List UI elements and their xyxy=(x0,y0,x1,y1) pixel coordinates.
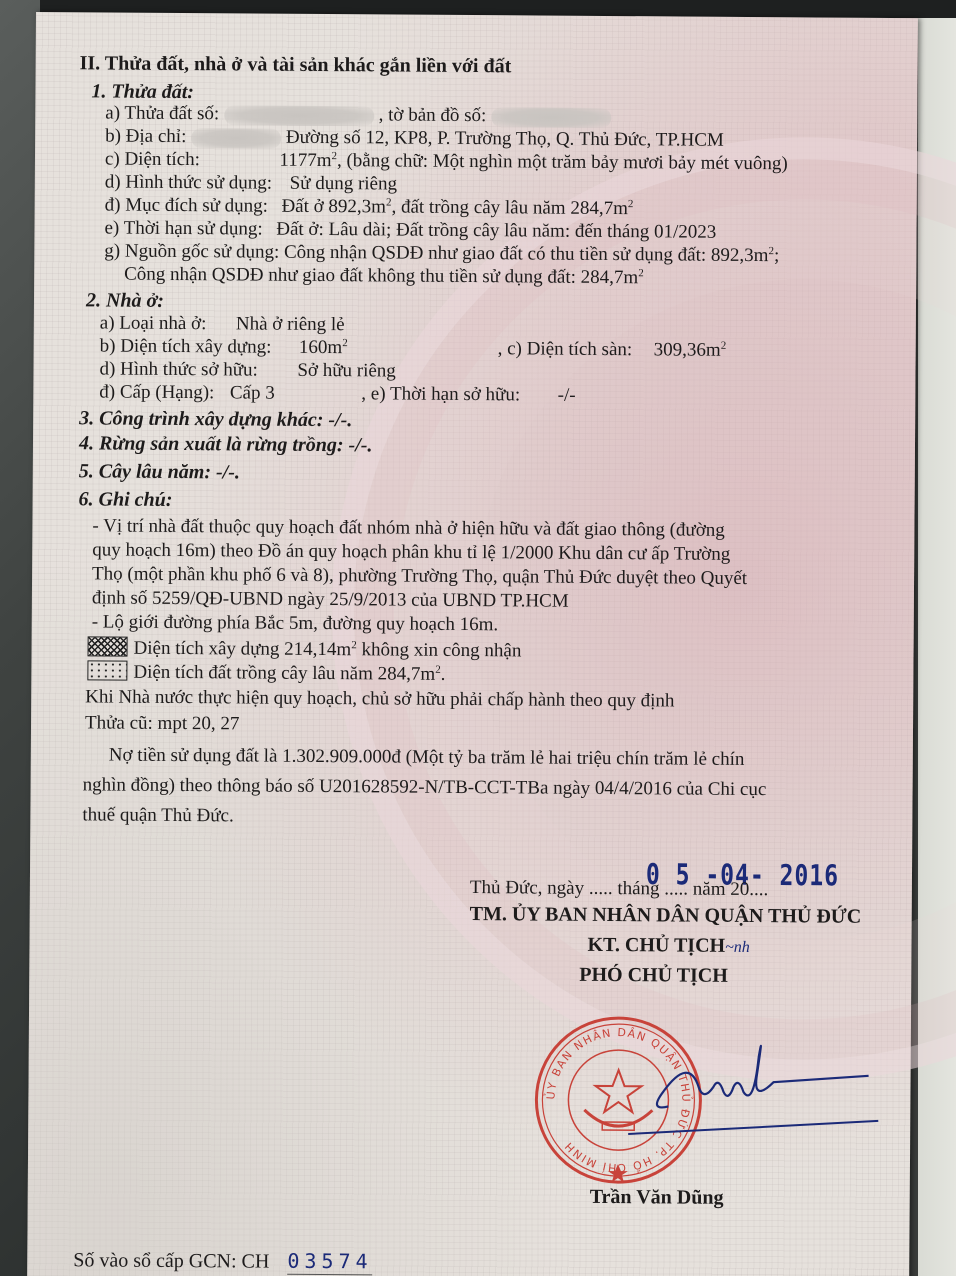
redacted-map-sheet xyxy=(491,107,611,128)
house-type-row: a) Loại nhà ở: Nhà ở riêng lẻ xyxy=(100,312,345,336)
note-line-4: định số 5259/QĐ-UBND ngày 25/9/2013 của … xyxy=(92,587,569,612)
handwritten-initials: ~nh xyxy=(725,939,750,956)
legend-unrecognized-construction: Diện tích xây dựng 214,14m2 không xin cô… xyxy=(87,636,521,662)
land-parcel-row: a) Thửa đất số: , tờ bản đồ số: xyxy=(105,102,611,128)
origin-label: g) Nguồn gốc sử dụng: xyxy=(104,240,279,262)
origin-value-line2: Công nhận QSDĐ như giao đất không thu ti… xyxy=(124,264,638,289)
area-label: c) Diện tích: xyxy=(105,148,200,170)
land-origin-row: g) Nguồn gốc sử dụng: Công nhận QSDĐ như… xyxy=(104,240,779,267)
note-line-1: - Vị trí nhà đất thuộc quy hoạch đất nhó… xyxy=(92,515,725,541)
old-parcel-note: Thửa cũ: mpt 20, 27 xyxy=(85,712,240,735)
other-works-heading: 3. Công trình xây dựng khác: -/-. xyxy=(79,407,352,431)
land-use-form-row: d) Hình thức sử dụng: Sử dụng riêng xyxy=(105,171,397,195)
land-origin-row-2: Công nhận QSDĐ như giao đất không thu ti… xyxy=(124,264,644,290)
debt-note-line-1: Nợ tiền sử dụng đất là 1.302.909.000đ (M… xyxy=(109,745,745,771)
grade-value: Cấp 3 xyxy=(230,382,275,403)
debt-note-line-2: nghìn đồng) theo thông báo số U201628592… xyxy=(83,774,767,801)
planning-compliance-note: Khi Nhà nước thực hiện quy hoạch, chủ sở… xyxy=(85,686,674,712)
certificate-registry-number: Số vào sổ cấp GCN: CH 03574 xyxy=(73,1248,372,1273)
term-value: Đất ở: Lâu dài; Đất trồng cây lâu năm: đ… xyxy=(276,219,716,243)
land-heading: 1. Thửa đất: xyxy=(91,80,194,103)
parcel-number-label: a) Thửa đất số: xyxy=(105,102,219,124)
address-value: Đường số 12, KP8, P. Trường Thọ, Q. Thủ … xyxy=(286,127,724,151)
term-label: e) Thời hạn sử dụng: xyxy=(104,217,262,239)
house-type-label: a) Loại nhà ở: xyxy=(100,312,207,334)
purpose-value-residential: Đất ở 892,3m xyxy=(281,196,386,218)
floor-area-value: 309,36m xyxy=(654,339,721,360)
redacted-parcel-number xyxy=(224,105,374,126)
section-heading: II. Thửa đất, nhà ở và tài sản khác gắn … xyxy=(80,52,512,77)
note-line-3: Thọ (một phần khu phố 6 và 8), phường Tr… xyxy=(92,563,747,590)
use-form-label: d) Hình thức sử dụng: xyxy=(105,171,272,193)
house-grade-row: đ) Cấp (Hạng): Cấp 3 , e) Thời hạn sở hữ… xyxy=(99,381,699,407)
ownership-label: d) Hình thức sở hữu: xyxy=(99,358,258,380)
note-line-2: quy hoạch 16m) theo Đồ án quy hoạch phân… xyxy=(92,539,730,565)
house-ownership-row: d) Hình thức sở hữu: Sở hữu riêng xyxy=(99,358,395,382)
area-value: 1177m xyxy=(279,150,331,171)
crosshatch-pattern-icon xyxy=(88,636,128,656)
purpose-label: đ) Mục đích sử dụng: xyxy=(105,194,268,216)
perennial-trees-heading: 5. Cây lâu năm: -/-. xyxy=(79,460,240,483)
grade-label: đ) Cấp (Hạng): xyxy=(99,381,214,403)
notes-heading: 6. Ghi chú: xyxy=(79,488,173,511)
debt-note-line-3: thuế quận Thủ Đức. xyxy=(82,804,234,827)
land-certificate-page: II. Thửa đất, nhà ở và tài sản khác gắn … xyxy=(27,12,918,1276)
land-address-row: b) Địa chỉ: Đường số 12, KP8, P. Trường … xyxy=(105,125,724,151)
note-line-5: - Lộ giới đường phía Bắc 5m, đường quy h… xyxy=(92,611,499,636)
area-in-words: , (bằng chữ: Một nghìn một trăm bảy mươi… xyxy=(337,150,788,174)
on-behalf-of-chairman: KT. CHỦ TỊCH~nh xyxy=(587,934,749,959)
construction-area-label: b) Diện tích xây dựng: xyxy=(100,335,272,357)
land-purpose-row: đ) Mục đích sử dụng: Đất ở 892,3m2, đất … xyxy=(105,194,634,220)
use-form-value: Sử dụng riêng xyxy=(290,173,398,195)
legend-perennial-land: Diện tích đất trồng cây lâu năm 284,7m2. xyxy=(87,660,445,685)
production-forest-heading: 4. Rừng sản xuất là rừng trồng: -/-. xyxy=(79,432,373,456)
signer-title: PHÓ CHỦ TỊCH xyxy=(579,964,728,987)
address-label: b) Địa chỉ: xyxy=(105,125,186,147)
origin-value-line1: Công nhận QSDĐ như giao đất có thu tiền … xyxy=(284,242,769,266)
registry-number-value: 03574 xyxy=(287,1249,372,1276)
ownership-value: Sở hữu riêng xyxy=(297,360,396,382)
handwritten-signature-icon xyxy=(628,1016,929,1148)
dotted-pattern-icon xyxy=(87,660,127,680)
ownership-term-label: , e) Thời hạn sở hữu: xyxy=(361,383,520,405)
floor-area-label: , c) Diện tích sàn: xyxy=(498,338,633,360)
place-date-line: Thủ Đức, ngày ..... tháng ..... năm 20..… xyxy=(470,877,769,901)
house-heading: 2. Nhà ở: xyxy=(86,289,164,312)
redacted-house-number xyxy=(191,128,281,149)
ownership-term-value: -/- xyxy=(558,385,576,406)
house-type-value: Nhà ở riêng lẻ xyxy=(236,313,345,335)
construction-area-value: 160m xyxy=(299,337,342,358)
purpose-value-perennial: , đất trồng cây lâu năm 284,7m xyxy=(391,196,628,219)
map-sheet-label: , tờ bản đồ số: xyxy=(379,104,487,126)
land-term-row: e) Thời hạn sử dụng: Đất ở: Lâu dài; Đất… xyxy=(104,217,716,243)
issuing-authority: TM. ỦY BAN NHÂN DÂN QUẬN THỦ ĐỨC xyxy=(470,903,862,928)
signer-name: Trần Văn Dũng xyxy=(590,1186,724,1209)
